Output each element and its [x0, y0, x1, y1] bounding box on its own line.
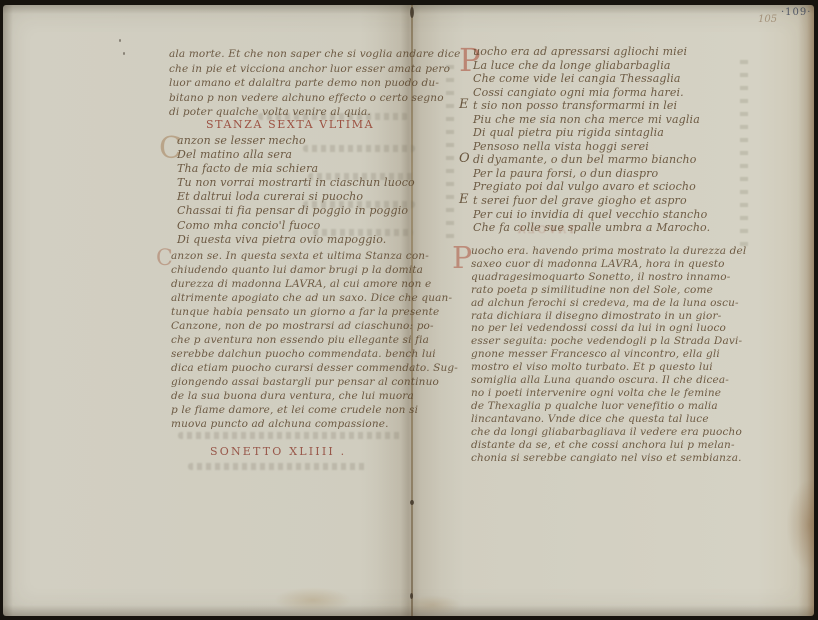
bleedthrough-lines	[188, 463, 368, 470]
manuscript-line: Et daltrui loda curerai si puocho	[177, 190, 415, 204]
heading-sonetto-xliiii: SONETTO XLIIII .	[210, 445, 346, 458]
heading-stanza-sexta: STANZA SEXTA VLTIMA	[206, 118, 374, 131]
bleedthrough-marks	[740, 60, 748, 250]
manuscript-line: chiudendo quanto lui damor brugi p la do…	[171, 263, 458, 277]
manuscript-line: luor amano et dalaltra parte demo non pu…	[169, 76, 460, 91]
initial-capital-p: P	[452, 241, 472, 276]
manuscript-line: che p aventura non essendo piu ellegante…	[171, 333, 458, 347]
manuscript-line: rata dichiara il disegno dimostrato in u…	[471, 310, 746, 323]
manuscript-line: somiglia alla Luna quando oscura. Il che…	[471, 374, 746, 387]
manuscript-line: saxeo cuor di madonna LAVRA, hora in que…	[471, 258, 746, 271]
manuscript-line: Tha facto de mia schiera	[177, 162, 415, 176]
manuscript-line: chonia si serebbe cangiato nel viso et s…	[471, 452, 746, 465]
manuscript-line: dica etiam puocho curarsi desser commend…	[171, 361, 458, 375]
bleedthrough-lines	[178, 432, 403, 439]
manuscript-line: de Thexaglia p qualche luor venefitio o …	[471, 400, 746, 413]
ink-speck	[123, 52, 125, 55]
ink-speck	[119, 39, 121, 42]
manuscript-line: Per la paura forsi, o dun diaspro	[473, 167, 710, 181]
manuscript-line: che in pie et vicciona anchor luor esser…	[169, 62, 460, 77]
sewing-hole	[410, 593, 413, 599]
canzone-congedo: anzon se lesser mecho Del matino alla se…	[177, 134, 415, 247]
manuscript-line: Che fa colle sue spalle umbra a Marocho.	[473, 221, 710, 235]
manuscript-line: gnone messer Francesco al vincontro, ell…	[471, 348, 746, 361]
manuscript-line: distante da se, et che cossi anchora lui…	[471, 439, 746, 452]
manuscript-line: Piu che me sia non cha merce mi vaglia	[473, 113, 710, 127]
manuscript-line: anzon se lesser mecho	[177, 134, 415, 148]
manuscript-line: serebbe dalchun puocho commendata. bench…	[171, 347, 458, 361]
manuscript-line: Del matino alla sera	[177, 148, 415, 162]
manuscript-line: anzon se. In questa sexta et ultima Stan…	[171, 249, 458, 263]
manuscript-line: Chassai ti fia pensar di poggio in poggi…	[177, 204, 415, 218]
commentary-right: uocho era. havendo prima mostrato la dur…	[471, 245, 746, 464]
folio-number-new: ·109·	[781, 7, 811, 18]
manuscript-line: t serei fuor del grave giogho et aspro	[473, 194, 710, 208]
margin-initial-e: E	[459, 97, 469, 112]
sonnet-text: uocho era ad apressarsi agliochi miei La…	[473, 45, 710, 235]
manuscript-line: p le fiame damore, et lei come crudele n…	[171, 403, 458, 417]
manuscript-line: esser seguita: poche vedendogli p la Str…	[471, 335, 746, 348]
manuscript-line: ala morte. Et che non saper che si vogli…	[169, 47, 460, 62]
manuscript-line: uocho era ad apressarsi agliochi miei	[473, 45, 710, 59]
manuscript-line: giongendo assai bastargli pur pensar al …	[171, 375, 458, 389]
manuscript-line: Tu non vorrai mostrarti in ciaschun luoc…	[177, 176, 415, 190]
manuscript-line: durezza di madonna LAVRA, al cui amore n…	[171, 277, 458, 291]
manuscript-line: Per cui io invidia di quel vecchio stanc…	[473, 208, 710, 222]
manuscript-line: ad alchun ferochi si credeva, ma de la l…	[471, 297, 746, 310]
manuscript-line: quadragesimoquarto Sonetto, il nostro in…	[471, 271, 746, 284]
manuscript-line: muova puncto ad alchuna compassione.	[171, 417, 458, 431]
manuscript-line: Cossi cangiato ogni mia forma harei.	[473, 86, 710, 100]
manuscript-line: bitano p non vedere alchuno effecto o ce…	[169, 91, 460, 106]
manuscript-line: Como mha concio'l fuoco	[177, 219, 415, 233]
manuscript-line: Pregiato poi dal vulgo avaro et sciocho	[473, 180, 710, 194]
manuscript-line: t sio non posso transformarmi in lei	[473, 99, 710, 113]
manuscript-photo: 105 ·109· ala morte. Et che non saper ch…	[0, 0, 818, 620]
folio-number-old: 105	[758, 14, 777, 25]
sewing-hole	[410, 500, 414, 505]
manuscript-line: altrimente apogiato che ad un saxo. Dice…	[171, 291, 458, 305]
manuscript-line: La luce che da longe gliabarbaglia	[473, 59, 710, 73]
manuscript-line: no per lei vedendossi cossi da lui in og…	[471, 322, 746, 335]
margin-initial-e: E	[459, 192, 469, 207]
manuscript-line: Di qual pietra piu rigida sintaglia	[473, 126, 710, 140]
commentary-left: anzon se. In questa sexta et ultima Stan…	[171, 249, 458, 431]
margin-initial-o: O	[459, 151, 470, 166]
manuscript-line: tunque habia pensato un giorno a far la …	[171, 305, 458, 319]
manuscript-line: Di questa viva pietra ovio mapoggio.	[177, 233, 415, 247]
manuscript-line: Che come vide lei cangia Thessaglia	[473, 72, 710, 86]
bleedthrough-rubric: TAVOLA	[515, 225, 575, 236]
manuscript-line: mostro el viso molto turbato. Et p quest…	[471, 361, 746, 374]
manuscript-line: di dyamante, o dun bel marmo biancho	[473, 153, 710, 167]
manuscript-line: lincantavano. Vnde dice che questa tal l…	[471, 413, 746, 426]
sewing-hole	[410, 7, 414, 18]
manuscript-line: rato poeta p similitudine non del Sole, …	[471, 284, 746, 297]
manuscript-line: no i poeti intervenire ogni volta che le…	[471, 387, 746, 400]
manuscript-line: Canzone, non de po mostrarsi ad ciaschun…	[171, 319, 458, 333]
manuscript-line: uocho era. havendo prima mostrato la dur…	[471, 245, 746, 258]
commentary-end-paragraph: ala morte. Et che non saper che si vogli…	[169, 47, 460, 120]
manuscript-line: che da longi gliabarbagliava il vedere e…	[471, 426, 746, 439]
open-book-spread: 105 ·109· ala morte. Et che non saper ch…	[3, 5, 814, 616]
manuscript-line: de la sua buona dura ventura, che lui mu…	[171, 389, 458, 403]
manuscript-line: Pensoso nella vista hoggi serei	[473, 140, 710, 154]
